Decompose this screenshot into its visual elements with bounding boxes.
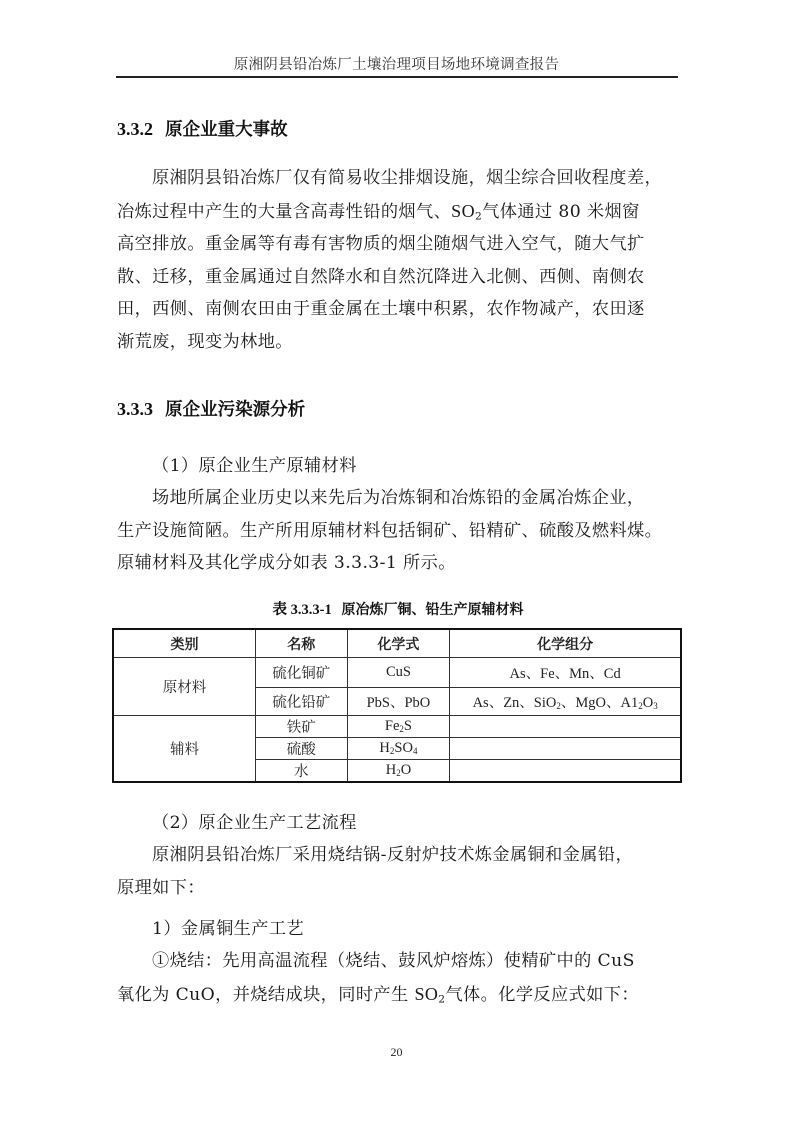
subheading-process-flow: （2）原企业生产工艺流程 (152, 808, 357, 833)
text: H (386, 762, 396, 778)
page-number: 20 (0, 1045, 793, 1060)
text-line: 散、迁移，重金属通过自然降水和自然沉降进入北侧、西侧、南侧农 (117, 261, 679, 294)
text-line: 气体通过 80 米烟窗 (482, 202, 640, 222)
text-line: 场地所属企业历史以来先后为冶炼铜和冶炼铅的金属冶炼企业， (152, 488, 644, 508)
composition-cell: As、Fe、Mn、Cd (450, 658, 681, 688)
section-heading-3-3-2: 3.3.2 原企业重大事故 (117, 116, 288, 141)
paragraph-raw-materials: 场地所属企业历史以来先后为冶炼铜和冶炼铅的金属冶炼企业， 生产设施简陋。生产所用… (117, 482, 679, 580)
table-caption-label: 表 3.3.3-1 (273, 602, 332, 618)
text-line: 田，西侧、南侧农田由于重金属在土壤中积累，农作物减产，农田逐 (117, 293, 679, 326)
subheading-raw-materials: （1）原企业生产原辅材料 (152, 451, 357, 476)
page-header-title: 原湘阴县铅冶炼厂土壤治理项目场地环境调查报告 (118, 53, 675, 74)
section-number: 3.3.3 (117, 399, 153, 419)
text-line: 原辅材料及其化学成分如表 3.3.3-1 所示。 (117, 547, 679, 580)
table-row: 辅料 铁矿 Fe2S (113, 716, 681, 738)
text: O (643, 695, 653, 711)
text: H (379, 740, 389, 756)
text: SO (394, 740, 413, 756)
table-caption-text: 原冶炼厂铜、铅生产原辅材料 (341, 602, 523, 618)
column-header-composition: 化学组分 (450, 629, 681, 658)
name-cell: 硫化铅矿 (255, 688, 347, 716)
formula-cell: Fe2S (347, 716, 450, 738)
section-title: 原企业重大事故 (165, 120, 288, 140)
table-row: 原材料 硫化铜矿 CuS As、Fe、Mn、Cd (113, 658, 681, 688)
raw-materials-table: 类别 名称 化学式 化学组分 原材料 硫化铜矿 CuS As、Fe、Mn、Cd … (112, 628, 682, 783)
header-divider (116, 76, 678, 78)
formula-cell: PbS、PbO (347, 688, 450, 716)
column-header-formula: 化学式 (347, 629, 450, 658)
paragraph-major-accident: 原湘阴县铅冶炼厂仅有简易收尘排烟设施，烟尘综合回收程度差， 冶炼过程中产生的大量… (117, 162, 679, 358)
text-line: ①烧结：先用高温流程（烧结、鼓风炉熔炼）使精矿中的 CuS (152, 951, 635, 971)
formula-so2: SO (414, 984, 438, 1004)
table-caption: 表 3.3.3-1 原冶炼厂铜、铅生产原辅材料 (117, 598, 679, 619)
text: O (401, 762, 411, 778)
formula-cell: H2O (347, 760, 450, 783)
section-title: 原企业污染源分析 (165, 400, 305, 420)
text: S (404, 718, 412, 734)
section-heading-3-3-3: 3.3.3 原企业污染源分析 (117, 396, 305, 421)
table-header-row: 类别 名称 化学式 化学组分 (113, 629, 681, 658)
text: 、MgO、A1 (561, 695, 638, 711)
paragraph-process: 原湘阴县铅冶炼厂采用烧结锅-反射炉技术炼金属铜和金属铅， 原理如下： (117, 839, 679, 904)
composition-cell (450, 760, 681, 783)
name-cell: 铁矿 (255, 716, 347, 738)
subheading-copper-process: 1）金属铜生产工艺 (152, 914, 304, 939)
column-header-category: 类别 (113, 629, 255, 658)
text: As、Zn、SiO (473, 695, 557, 711)
section-number: 3.3.2 (117, 119, 153, 139)
text-line: 生产设施简陋。生产所用原辅材料包括铜矿、铅精矿、硫酸及燃料煤。 (117, 515, 679, 548)
name-cell: 硫化铜矿 (255, 658, 347, 688)
text-line: 氧化为 CuO，并烧结成块，同时产生 (117, 985, 414, 1005)
composition-cell (450, 716, 681, 738)
text: Fe (385, 718, 400, 734)
text-line: 高空排放。重金属等有毒有害物质的烟尘随烟气进入空气，随大气扩 (117, 228, 679, 261)
column-header-name: 名称 (255, 629, 347, 658)
text-line: 气体。化学反应式如下： (445, 985, 638, 1005)
composition-cell (450, 738, 681, 760)
text-line: 原湘阴县铅冶炼厂仅有简易收尘排烟设施，烟尘综合回收程度差， (152, 168, 662, 188)
name-cell: 水 (255, 760, 347, 783)
text-line: 原理如下： (117, 872, 679, 905)
category-cell: 辅料 (113, 716, 255, 783)
composition-cell: As、Zn、SiO2、MgO、A12O3 (450, 688, 681, 716)
formula-so2: SO (451, 201, 475, 221)
text-line: 渐荒废，现变为林地。 (117, 326, 679, 359)
subscript: 3 (653, 701, 658, 711)
name-cell: 硫酸 (255, 738, 347, 760)
category-cell: 原材料 (113, 658, 255, 716)
formula-cell: H2SO4 (347, 738, 450, 760)
text-line: 冶炼过程中产生的大量含高毒性铅的烟气、 (117, 202, 451, 222)
subscript: 4 (413, 746, 418, 756)
text-line: 原湘阴县铅冶炼厂采用烧结锅-反射炉技术炼金属铜和金属铅， (152, 845, 633, 865)
paragraph-sintering: ①烧结：先用高温流程（烧结、鼓风炉熔炼）使精矿中的 CuS 氧化为 CuO，并烧… (117, 945, 679, 1011)
formula-cell: CuS (347, 658, 450, 688)
